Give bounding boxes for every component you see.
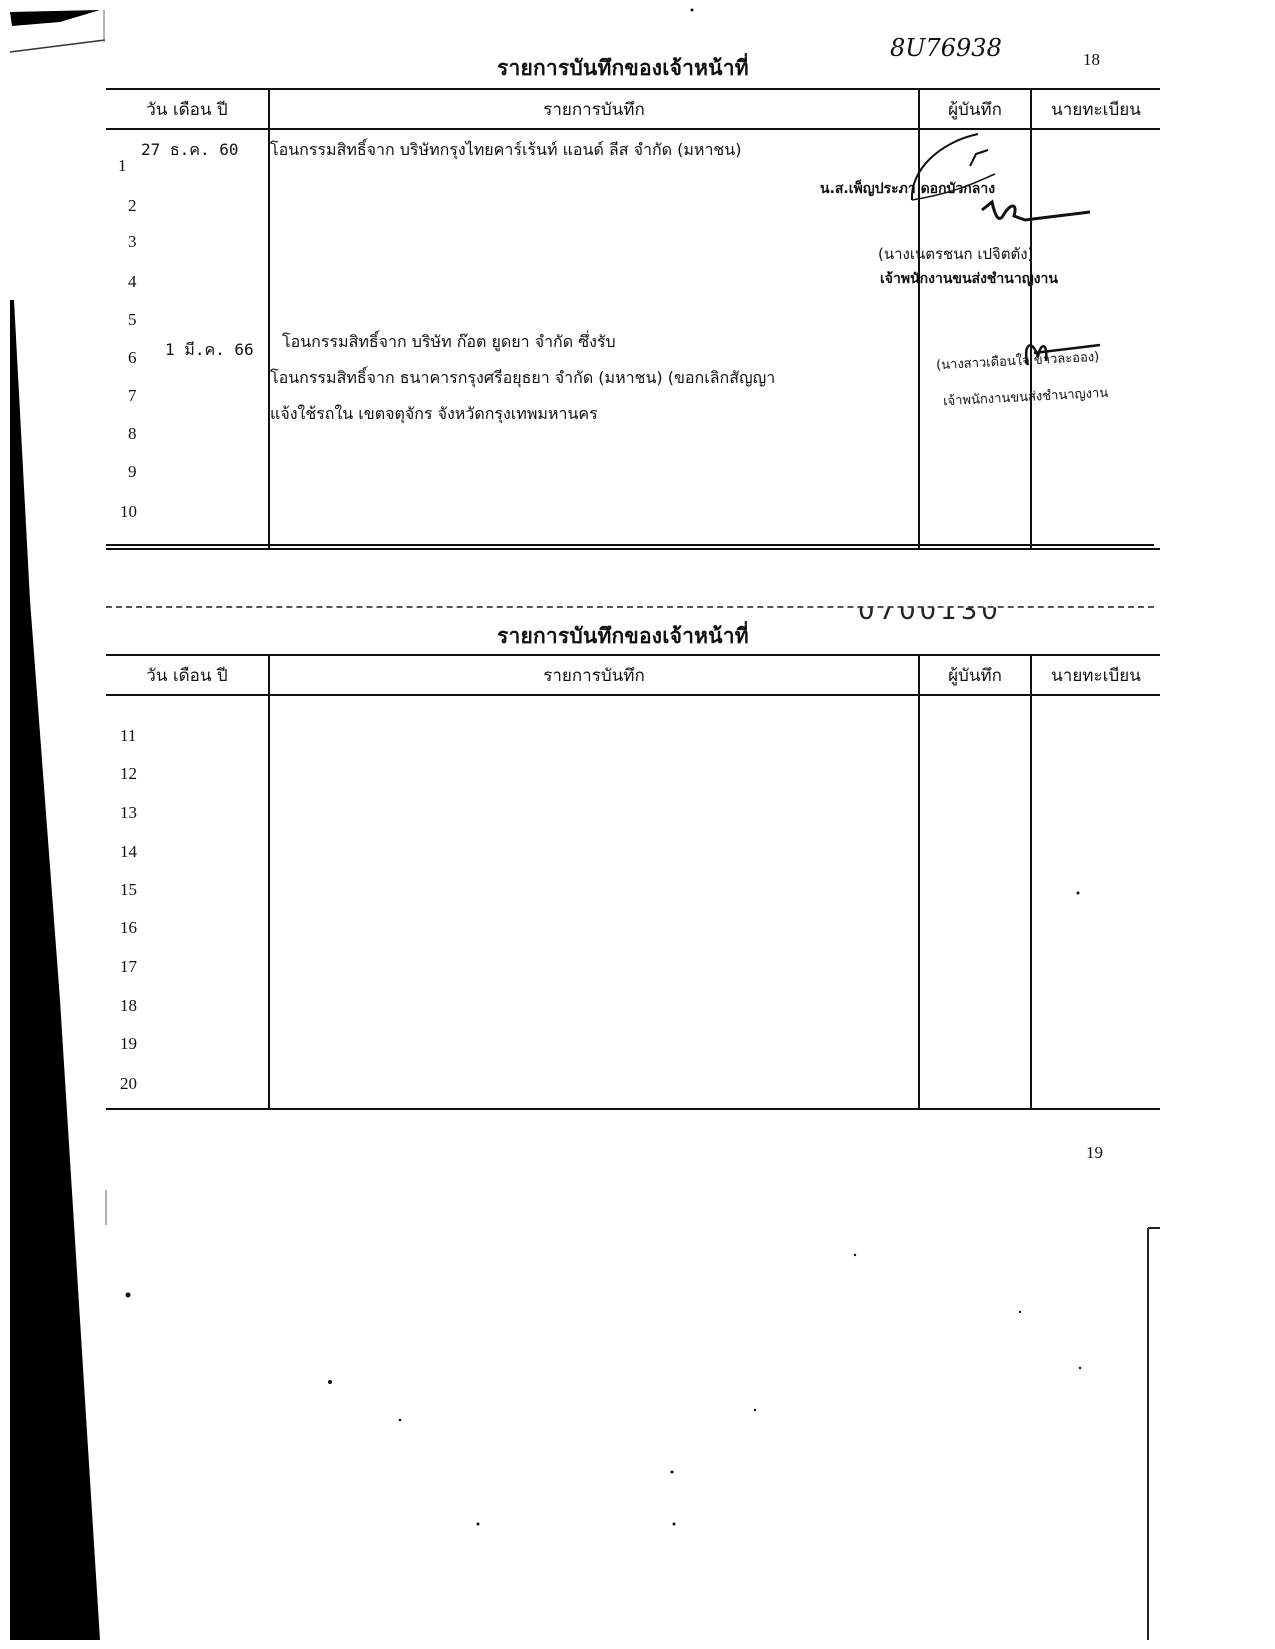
top-section-title: รายการบันทึกของเจ้าหน้าที่ — [497, 52, 749, 85]
header-entry: รายการบันทึก — [269, 89, 919, 129]
entry-2-line-3: แจ้งใช้รถใน เขตจตุจักร จังหวัดกรุงเทพมหา… — [270, 402, 598, 427]
entry-1-registrar-title: เจ้าพนักงานขนส่งชำนาญงาน — [880, 268, 1058, 290]
entry-1-line-1: โอนกรรมสิทธิ์จาก บริษัทกรุงไทยคาร์เร้นท์… — [270, 138, 741, 163]
entry-1-recorder-name: น.ส.เพ็ญประภา ดอกบัวกลาง — [820, 178, 995, 200]
header-recorder: ผู้บันทึก — [919, 89, 1031, 129]
bottom-section-title: รายการบันทึกของเจ้าหน้าที่ — [497, 620, 749, 653]
header-date: วัน เดือน ปี — [106, 655, 269, 695]
entry-1-date: 27 ธ.ค. 60 — [141, 138, 239, 163]
entry-2-line-2: โอนกรรมสิทธิ์จาก ธนาคารกรุงศรีอยุธยา จำก… — [270, 366, 775, 391]
page-number-top: 18 — [1083, 50, 1100, 70]
handwritten-number: 8U76938 — [890, 34, 1002, 62]
faint-stamp-number: 0700130 — [858, 596, 1002, 626]
page-number-bottom: 19 — [1086, 1143, 1103, 1163]
entry-1-registrar-name: (นางเนตรชนก เปจิตตัง) — [878, 242, 1033, 266]
header-recorder: ผู้บันทึก — [919, 655, 1031, 695]
header-registrar: นายทะเบียน — [1031, 89, 1160, 129]
records-table-bottom: วัน เดือน ปี รายการบันทึก ผู้บันทึก นายท… — [106, 654, 1160, 1110]
section-divider — [106, 544, 1154, 546]
header-entry: รายการบันทึก — [269, 655, 919, 695]
header-registrar: นายทะเบียน — [1031, 655, 1160, 695]
entry-2-date: 1 มี.ค. 66 — [165, 338, 254, 363]
header-date: วัน เดือน ปี — [106, 89, 269, 129]
entry-2-line-1: โอนกรรมสิทธิ์จาก บริษัท ก๊อต ยูดยา จำกัด… — [282, 330, 616, 355]
